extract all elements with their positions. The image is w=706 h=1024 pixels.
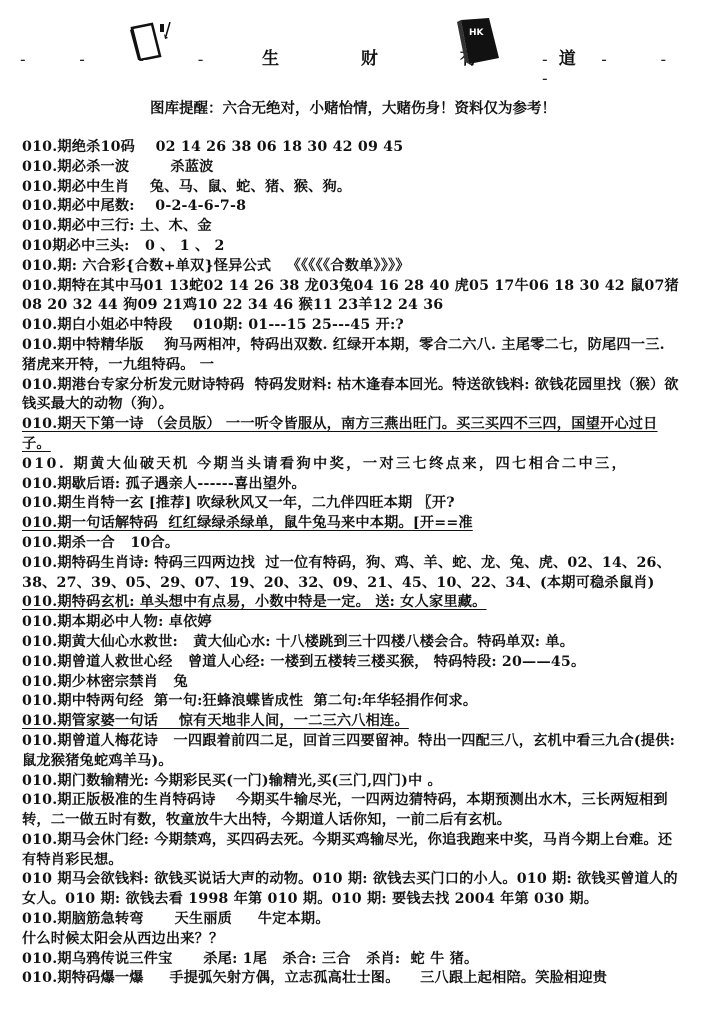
text-line: 010.期正版极准的生肖特码诗 今期买牛输尽光，一四两边猜特码，本期预测出水木，… bbox=[22, 791, 682, 831]
text-line: 010.期曾道人救世心经 曾道人心经: 一楼到五楼转三楼买猴， 特码特段: 20… bbox=[22, 653, 682, 673]
text-line: 010.期绝杀10码 02 14 26 38 06 18 30 42 09 45 bbox=[22, 138, 682, 158]
text-line: 010.期特码生肖诗: 特码三四两边找 过一位有特码，狗、鸡、羊、蛇、龙、兔、虎… bbox=[22, 554, 682, 594]
text-line: 什么时候太阳会从西边出来？？ bbox=[22, 930, 682, 950]
text-line: 010.期白小姐必中特段 010期: 01---15 25---45 开:? bbox=[22, 316, 682, 336]
open-book-icon bbox=[130, 22, 174, 60]
text-line: 010. 期黄大仙破天机 今期当头请看狗中奖，一对三七终点来，四七相合二中三， bbox=[22, 455, 682, 475]
header-dashes-right: - - - - bbox=[540, 50, 706, 88]
text-line: 010.期特码玄机: 单头想中有点易，小数中特是一定。 送: 女人家里藏。 bbox=[22, 593, 682, 613]
text-line: 010.期杀一合 10合。 bbox=[22, 534, 682, 554]
text-line: 010.期本期必中人物: 卓依婷 bbox=[22, 613, 682, 633]
header-dashes-left: - - - - bbox=[18, 50, 225, 69]
disclaimer-notice: 图库提醒：六合无绝对，小赌怡情，大赌伤身！资料仅为参考！ bbox=[0, 97, 706, 118]
text-line: 010.期一句话解特码 红红绿绿杀绿单，鼠牛兔马来中本期。[开==准 bbox=[22, 514, 682, 534]
page-header: - - - - 生 财 有 道 HK - - - - bbox=[0, 0, 706, 90]
hk-book-icon: HK bbox=[455, 18, 505, 64]
prediction-list: 010.期绝杀10码 02 14 26 38 06 18 30 42 09 45… bbox=[22, 138, 682, 989]
text-line: 010.期歇后语: 孤子遇亲人------喜出望外。 bbox=[22, 475, 682, 495]
text-line: 010.期必杀一波 杀蓝波 bbox=[22, 158, 682, 178]
text-line: 010.期乌鸦传说三件宝 杀尾: 1尾 杀合: 三合 杀肖: 蛇 牛 猪。 bbox=[22, 950, 682, 970]
hk-book-label: HK bbox=[469, 28, 485, 38]
text-line: 010.期港台专家分析发元财诗特码 特码发财料: 枯木逢春本回光。特送欲钱料: … bbox=[22, 376, 682, 416]
text-line: 010 期马会欲钱料: 欲钱买说话大声的动物。010 期: 欲钱去买门口的小人。… bbox=[22, 870, 682, 910]
text-line: 010.期特在其中马01 13蛇02 14 26 38 龙03兔04 16 28… bbox=[22, 277, 682, 317]
text-line: 010.期门数输精光: 今期彩民买(一门)输精光,买(三门,四门)中 。 bbox=[22, 772, 682, 792]
text-line: 010.期黄大仙心水救世: 黄大仙心水: 十八楼跳到三十四楼八楼会合。特码单双:… bbox=[22, 633, 682, 653]
text-line: 010.期特码爆一爆 手提弧矢射方偶，立志孤高壮士图。 三八跟上起相陪。笑脸相迎… bbox=[22, 969, 682, 989]
text-line: 010.期少林密宗禁肖 兔 bbox=[22, 673, 682, 693]
text-line: 010.期管家婆一句话 惊有天地非人间，一二三六八相连。 bbox=[22, 712, 682, 732]
text-line: 010.期必中生肖 兔、马、鼠、蛇、猪、猴、狗。 bbox=[22, 178, 682, 198]
text-line: 010期必中三头: 0 、 1 、 2 bbox=[22, 237, 682, 257]
text-line: 010.期中特精华版 狗马两相冲，特码出双数. 红绿开本期，零合二六八. 主尾零… bbox=[22, 336, 682, 376]
text-line: 010.期必中三行: 土、木、金 bbox=[22, 217, 682, 237]
text-line: 010.期必中尾数: 0-2-4-6-7-8 bbox=[22, 197, 682, 217]
text-line: 010.期马会休门经: 今期禁鸡，买四码去死。今期买鸡输尽光，你追我跑来中奖，马… bbox=[22, 831, 682, 871]
text-line: 010.期脑筋急转弯 天生丽质 牛定本期。 bbox=[22, 910, 682, 930]
text-line: 010.期: 六合彩{合数+单双}怪异公式 《《《《《合数单》》》》 bbox=[22, 257, 682, 277]
text-line: 010.期生肖特一玄 [推荐] 吹绿秋风又一年，二九伴四旺本期 〖开? bbox=[22, 494, 682, 514]
text-line: 010.期曾道人梅花诗 一四跟着前四二足，回首三四要留神。特出一四配三八，玄机中… bbox=[22, 732, 682, 772]
text-line: 010.期中特两句经 第一句:狂蜂浪蝶皆成性 第二句:年华轻捐作何求。 bbox=[22, 692, 682, 712]
text-line: 010.期天下第一诗 （会员版） 一一听令皆服从，南方三燕出旺门。买三买四不三四… bbox=[22, 415, 682, 455]
